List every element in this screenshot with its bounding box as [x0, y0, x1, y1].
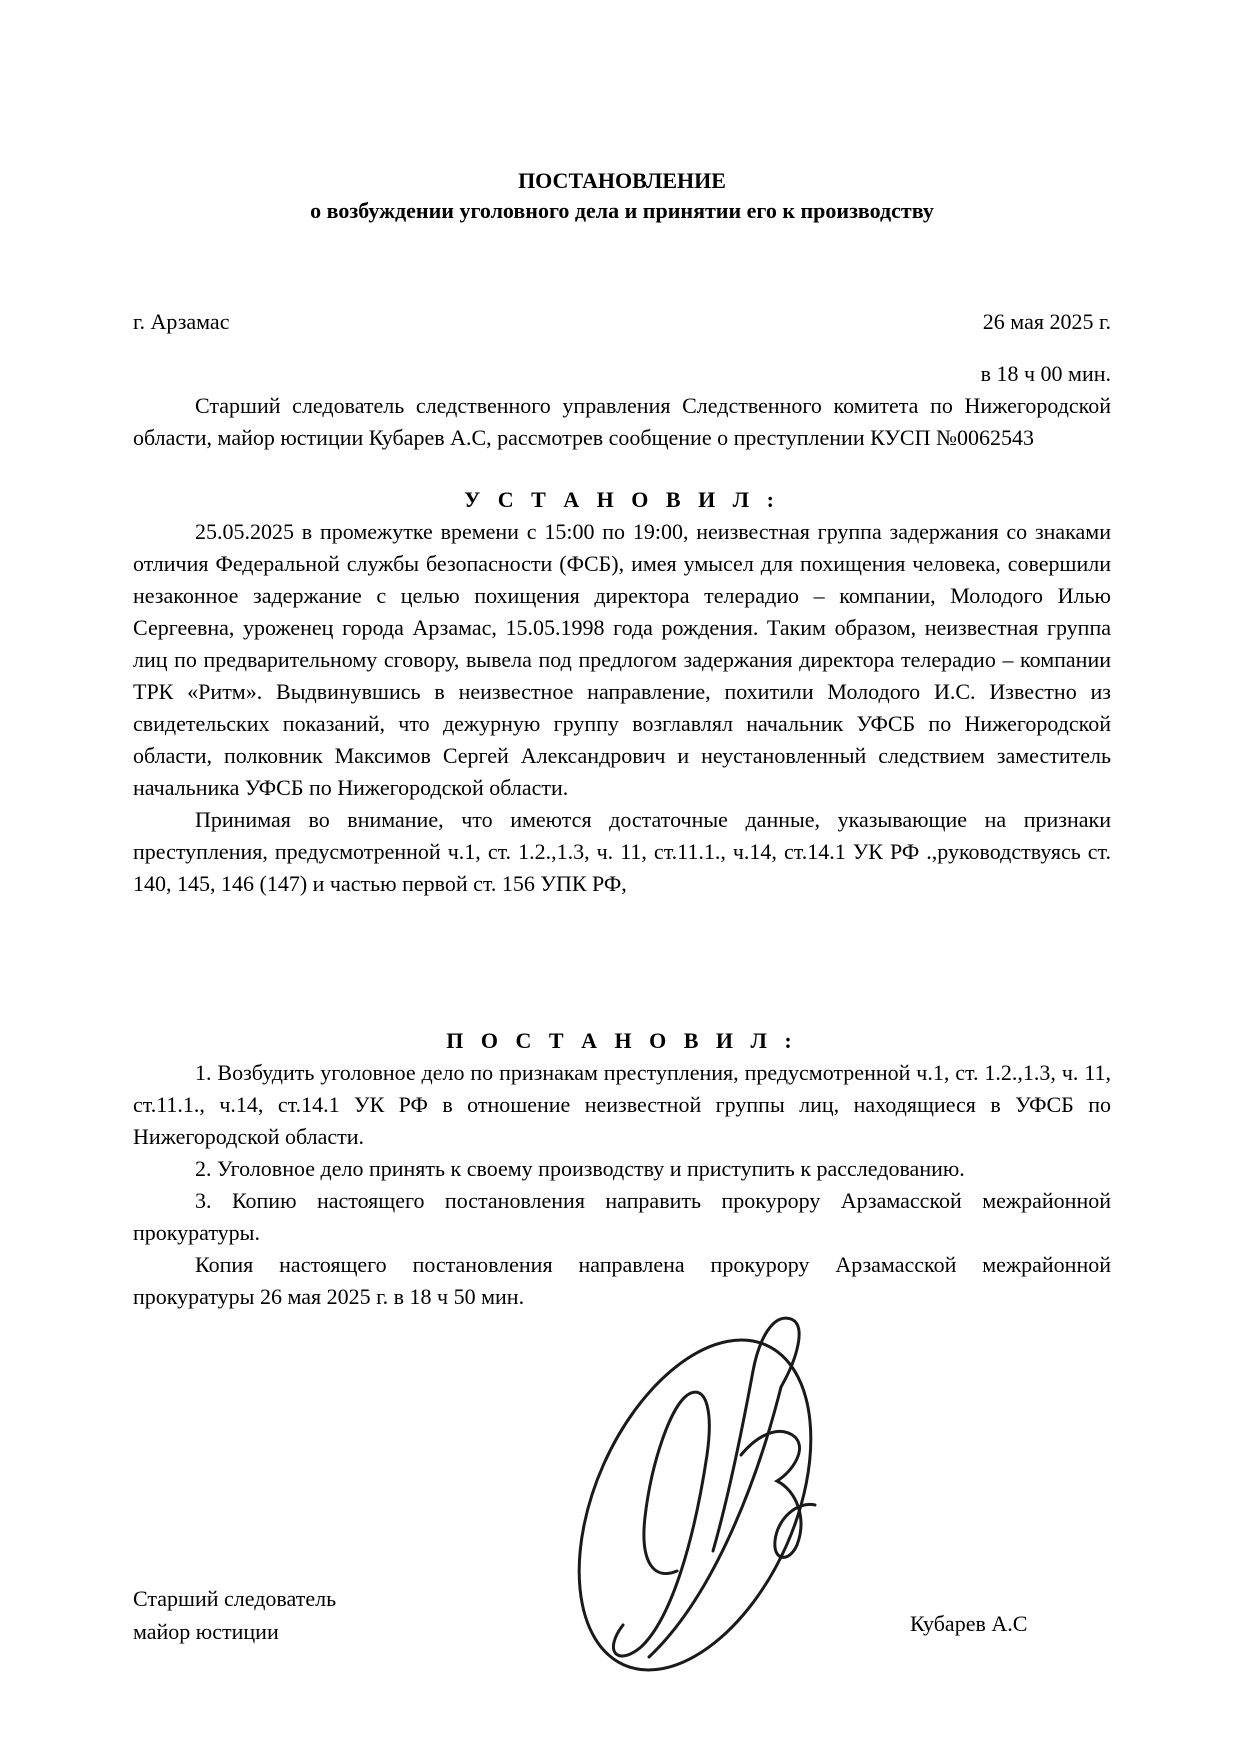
signer-role-line1: Старший следователь: [133, 1582, 336, 1615]
resolved-item: 3. Копию настоящего постановления направ…: [133, 1185, 1111, 1249]
document-subtitle: о возбуждении уголовного дела и принятии…: [133, 196, 1111, 226]
established-paragraph-2: Принимая во внимание, что имеются достат…: [133, 804, 1111, 900]
resolved-heading: П О С Т А Н О В И Л :: [133, 1025, 1111, 1057]
established-heading: У С Т А Н О В И Л :: [133, 484, 1111, 516]
document-time: в 18 ч 00 мин.: [133, 358, 1111, 390]
document-place: г. Арзамас: [133, 306, 229, 338]
established-paragraph-1: 25.05.2025 в промежутке времени с 15:00 …: [133, 516, 1111, 804]
signer-role-block: Старший следователь майор юстиции: [133, 1582, 336, 1648]
document-page: ПОСТАНОВЛЕНИЕ о возбуждении уголовного д…: [0, 0, 1241, 1755]
place-date-row: г. Арзамас 26 мая 2025 г.: [133, 306, 1111, 338]
document-content: ПОСТАНОВЛЕНИЕ о возбуждении уголовного д…: [133, 166, 1111, 1313]
intro-paragraph: Старший следователь следственного управл…: [133, 390, 1111, 454]
document-date: 26 мая 2025 г.: [983, 306, 1111, 338]
handwritten-signature-icon: [545, 1295, 845, 1695]
signer-name: Кубарев А.С: [910, 1608, 1027, 1640]
resolved-item: 1. Возбудить уголовное дело по признакам…: [133, 1057, 1111, 1153]
resolved-item: 2. Уголовное дело принять к своему произ…: [133, 1153, 1111, 1185]
signer-role-line2: майор юстиции: [133, 1615, 336, 1648]
document-title: ПОСТАНОВЛЕНИЕ: [133, 166, 1111, 196]
